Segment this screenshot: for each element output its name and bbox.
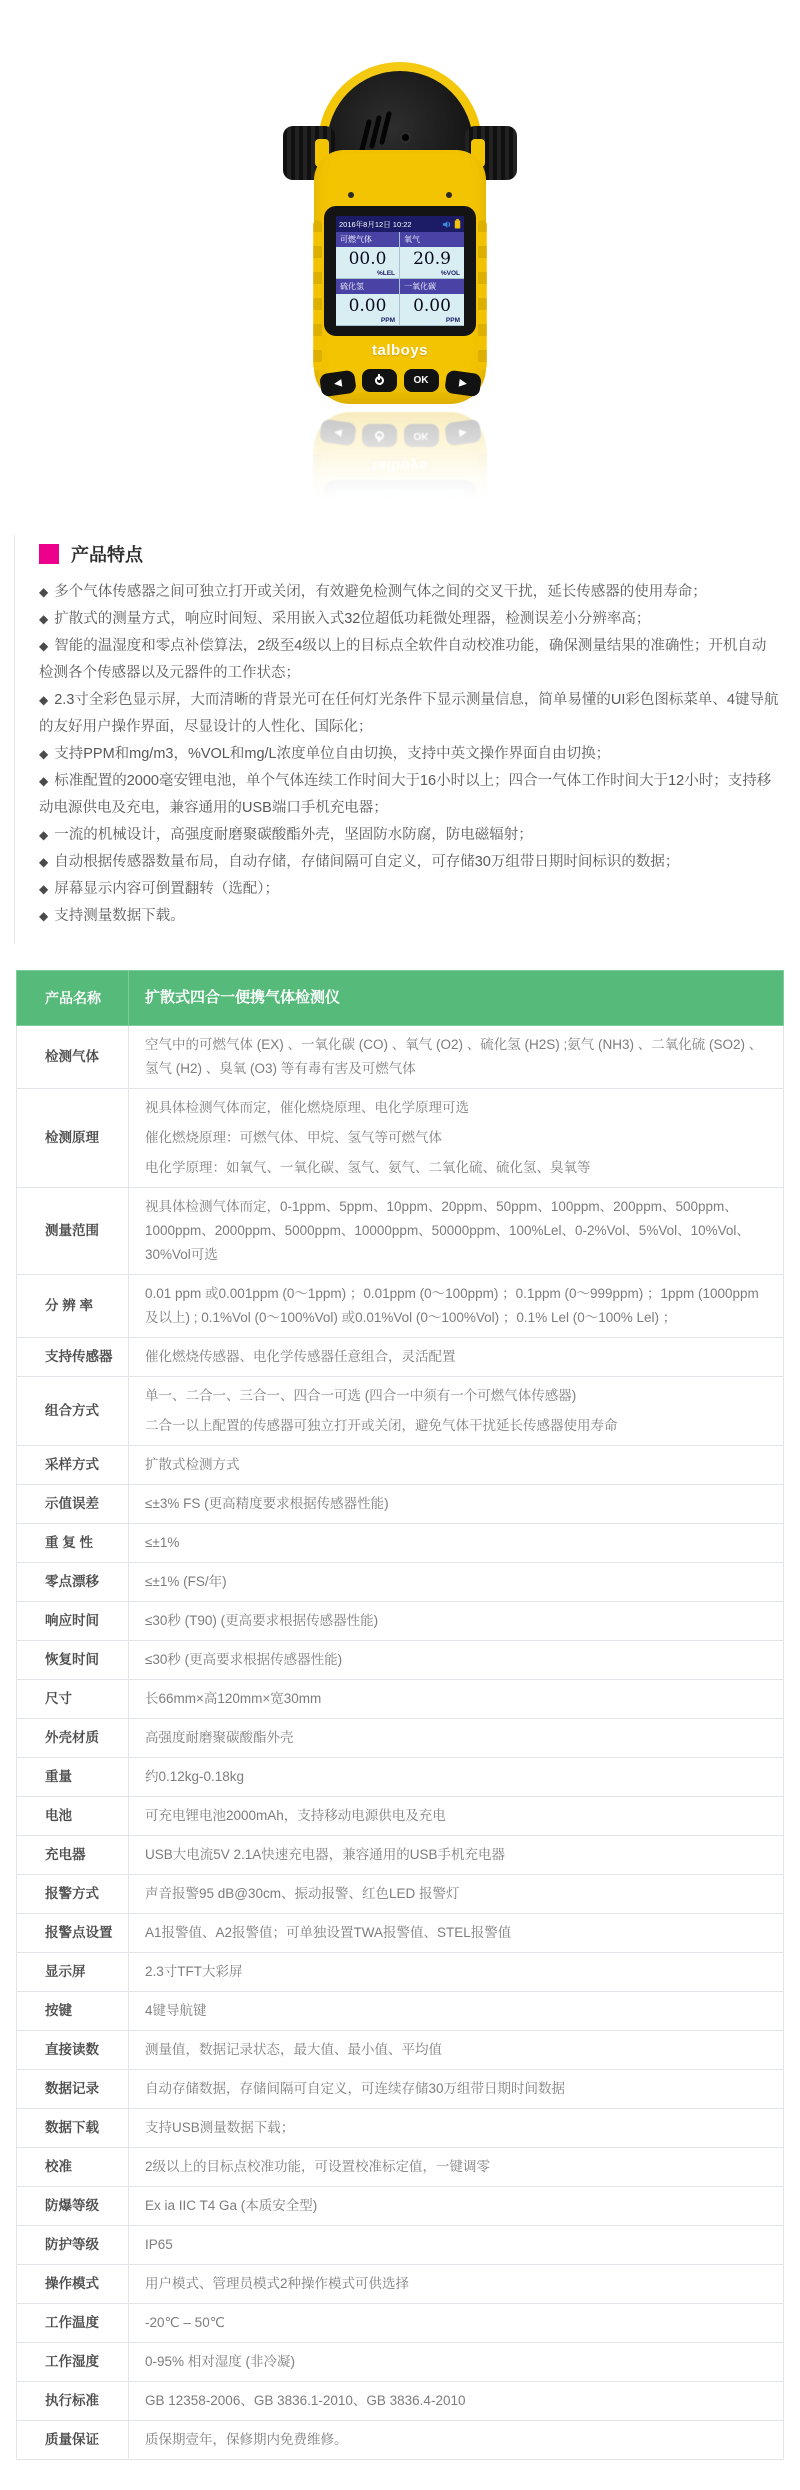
gas-unit: %VOL — [441, 270, 460, 277]
spec-row-label: 零点漂移 — [17, 1563, 129, 1602]
gas-unit: PPM — [446, 317, 460, 324]
feature-item: ◆一流的机械设计，高强度耐磨聚碳酸酯外壳，坚固防水防腐，防电磁辐射； — [39, 822, 780, 849]
gas-reading: 00.0 — [336, 247, 399, 271]
gas-name: 硫化氢 — [336, 279, 399, 294]
spec-row-label: 质量保证 — [17, 2421, 129, 2460]
gas-reading: 0.00 — [400, 294, 464, 318]
diamond-bullet-icon: ◆ — [39, 693, 48, 707]
ok-key: OK — [404, 424, 439, 447]
diamond-bullet-icon: ◆ — [39, 639, 48, 653]
feature-item: ◆支持PPM和mg/m3，%VOL和mg/L浓度单位自由切换，支持中英文操作界面… — [39, 741, 780, 768]
spec-row-value: 视具体检测气体而定，催化燃烧原理、电化学原理可选催化燃烧原理：可燃气体、甲烷、氢… — [129, 1089, 784, 1188]
device-keypad: ◀ OK ▶ — [314, 369, 486, 392]
spec-row-label: 重 复 性 — [17, 1524, 129, 1563]
gas-reading: 0.00 — [336, 294, 399, 318]
spec-table-row: 显示屏 2.3寸TFT大彩屏 — [17, 1953, 784, 1992]
spec-table-row: 数据记录 自动存储数据，存储间隔可自定义，可连续存储30万组带日期时间数据 — [17, 2070, 784, 2109]
spec-row-value: 长66mm×高120mm×宽30mm — [129, 1680, 784, 1719]
spec-table-row: 尺寸 长66mm×高120mm×宽30mm — [17, 1680, 784, 1719]
gas-unit: PPM — [381, 492, 395, 499]
pink-square-bullet — [39, 544, 59, 564]
spec-row-label: 电池 — [17, 1797, 129, 1836]
screen-status-bar: 2016年8月12日 10:22 — [336, 216, 464, 232]
spec-row-label: 响应时间 — [17, 1602, 129, 1641]
power-icon — [375, 376, 384, 385]
diamond-bullet-icon: ◆ — [39, 855, 48, 869]
spec-row-value: 视具体检测气体而定，0-1ppm、5ppm、10ppm、20ppm、50ppm、… — [129, 1188, 784, 1275]
spec-row-value: 2级以上的目标点校准功能，可设置校准标定值，一键调零 — [129, 2148, 784, 2187]
gas-readings-grid: 可燃气体 00.0%LEL 氧气 20.9%VOL 硫化氢 0.00PPM — [336, 490, 464, 505]
sensor-hole — [399, 131, 412, 144]
spec-table-row: 示值误差 ≤±3% FS (更高精度要求根据传感器性能) — [17, 1485, 784, 1524]
diamond-bullet-icon: ◆ — [39, 612, 48, 626]
power-key — [362, 424, 397, 447]
spec-row-value: ≤±3% FS (更高精度要求根据传感器性能) — [129, 1485, 784, 1524]
spec-table-row: 支持传感器 催化燃烧传感器、电化学传感器任意组合，灵活配置 — [17, 1338, 784, 1377]
device-screen: 2016年8月12日 10:22 — [336, 490, 464, 505]
spec-row-value: Ex ia IIC T4 Ga (本质安全型) — [129, 2187, 784, 2226]
spec-row-label: 支持传感器 — [17, 1338, 129, 1377]
spec-table-row: 质量保证 质保期壹年，保修期内免费维修。 — [17, 2421, 784, 2460]
spec-table-row: 工作湿度 0-95% 相对湿度 (非冷凝) — [17, 2343, 784, 2382]
screen-datetime: 2016年8月12日 10:22 — [339, 219, 412, 230]
gas-cell: 一氧化碳 0.00PPM — [400, 490, 464, 505]
spec-row-value: ≤±1% (FS/年) — [129, 1563, 784, 1602]
spec-table-row: 检测原理 视具体检测气体而定，催化燃烧原理、电化学原理可选催化燃烧原理：可燃气体… — [17, 1089, 784, 1188]
device-keypad: ◀ OK ▶ — [314, 424, 486, 447]
spec-row-value: USB大电流5V 2.1A快速充电器，兼容通用的USB手机充电器 — [129, 1836, 784, 1875]
spec-row-label: 数据下载 — [17, 2109, 129, 2148]
feature-item: ◆屏幕显示内容可倒置翻转（选配）； — [39, 876, 780, 903]
device-reflection: 2016年8月12日 10:22 — [285, 409, 515, 505]
speaker-icon — [442, 220, 452, 229]
spec-row-value: A1报警值、A2报警值；可单独设置TWA报警值、STEL报警值 — [129, 1914, 784, 1953]
spec-table-row: 恢复时间 ≤30秒 (更高要求根据传感器性能) — [17, 1641, 784, 1680]
gas-reading: 0.00 — [400, 498, 464, 505]
spec-row-label: 工作温度 — [17, 2304, 129, 2343]
spec-row-label: 校准 — [17, 2148, 129, 2187]
diamond-bullet-icon: ◆ — [39, 828, 48, 842]
spec-table-row: 报警点设置 A1报警值、A2报警值；可单独设置TWA报警值、STEL报警值 — [17, 1914, 784, 1953]
gas-name: 氧气 — [400, 232, 464, 247]
left-arrow-key: ◀ — [318, 419, 356, 447]
spec-table-row: 直接读数 测量值，数据记录状态，最大值、最小值、平均值 — [17, 2031, 784, 2070]
gas-detector-device-image: 2016年8月12日 10:22 — [285, 62, 515, 407]
spec-table-row: 测量范围 视具体检测气体而定，0-1ppm、5ppm、10ppm、20ppm、5… — [17, 1188, 784, 1275]
spec-row-label: 按键 — [17, 1992, 129, 2031]
diamond-bullet-icon: ◆ — [39, 774, 48, 788]
spec-row-value: IP65 — [129, 2226, 784, 2265]
spec-row-label: 分 辨 率 — [17, 1275, 129, 1338]
spec-row-label: 示值误差 — [17, 1485, 129, 1524]
feature-item: ◆扩散式的测量方式，响应时间短、采用嵌入式32位超低功耗微处理器，检测误差小分辨… — [39, 606, 780, 633]
diamond-bullet-icon: ◆ — [39, 747, 48, 761]
gas-reading: 20.9 — [400, 247, 464, 271]
spec-table-row: 工作温度 -20℃ – 50℃ — [17, 2304, 784, 2343]
spec-row-label: 数据记录 — [17, 2070, 129, 2109]
spec-header-value: 扩散式四合一便携气体检测仪 — [129, 971, 784, 1026]
product-features-section: 产品特点 ◆多个气体传感器之间可独立打开或关闭，有效避免检测气体之间的交叉干扰，… — [14, 535, 780, 944]
spec-table-row: 报警方式 声音报警95 dB@30cm、振动报警、红色LED 报警灯 — [17, 1875, 784, 1914]
spec-table-row: 重 复 性 ≤±1% — [17, 1524, 784, 1563]
gas-reading: 0.00 — [336, 498, 399, 505]
feature-item: ◆支持测量数据下载。 — [39, 903, 780, 930]
spec-row-label: 尺寸 — [17, 1680, 129, 1719]
spec-row-label: 操作模式 — [17, 2265, 129, 2304]
spec-row-label: 执行标准 — [17, 2382, 129, 2421]
spec-row-value: 高强度耐磨聚碳酸酯外壳 — [129, 1719, 784, 1758]
power-icon — [375, 431, 384, 440]
gas-cell: 硫化氢 0.00PPM — [336, 490, 400, 505]
gas-cell: 氧气 20.9%VOL — [400, 232, 464, 279]
spec-row-label: 报警点设置 — [17, 1914, 129, 1953]
spec-table-header-row: 产品名称 扩散式四合一便携气体检测仪 — [17, 971, 784, 1026]
spec-row-label: 采样方式 — [17, 1446, 129, 1485]
spec-row-label: 重量 — [17, 1758, 129, 1797]
spec-table-row: 响应时间 ≤30秒 (T90) (更高要求根据传感器性能) — [17, 1602, 784, 1641]
gas-detector-device-image: 2016年8月12日 10:22 — [285, 409, 515, 505]
spec-row-value: -20℃ – 50℃ — [129, 2304, 784, 2343]
spec-row-value: 用户模式、管理员模式2种操作模式可供选择 — [129, 2265, 784, 2304]
gas-readings-grid: 可燃气体 00.0%LEL 氧气 20.9%VOL 硫化氢 0.00PPM — [336, 232, 464, 326]
right-arrow-key: ▶ — [444, 370, 482, 398]
features-section-title: 产品特点 — [71, 541, 143, 567]
device-body: 2016年8月12日 10:22 — [314, 150, 486, 404]
spec-row-value: GB 12358-2006、GB 3836.1-2010、GB 3836.4-2… — [129, 2382, 784, 2421]
spec-row-value: 支持USB测量数据下载； — [129, 2109, 784, 2148]
spec-row-label: 充电器 — [17, 1836, 129, 1875]
right-arrow-key: ▶ — [444, 419, 482, 447]
spec-table-row: 电池 可充电锂电池2000mAh，支持移动电源供电及充电 — [17, 1797, 784, 1836]
device-body: 2016年8月12日 10:22 — [314, 412, 486, 505]
feature-item: ◆智能的温湿度和零点补偿算法，2级至4级以上的目标点全软件自动校准功能，确保测量… — [39, 633, 780, 687]
spec-row-value: 4键导航键 — [129, 1992, 784, 2031]
power-key — [362, 369, 397, 392]
feature-item: ◆2.3寸全彩色显示屏，大而清晰的背景光可在任何灯光条件下显示测量信息，简单易懂… — [39, 687, 780, 741]
spec-row-value: 2.3寸TFT大彩屏 — [129, 1953, 784, 1992]
spec-table-row: 防护等级 IP65 — [17, 2226, 784, 2265]
spec-row-value: 单一、二合一、三合一、四合一可选 (四合一中须有一个可燃气体传感器)二合一以上配… — [129, 1377, 784, 1446]
ok-key: OK — [404, 369, 439, 392]
spec-table-row: 充电器 USB大电流5V 2.1A快速充电器，兼容通用的USB手机充电器 — [17, 1836, 784, 1875]
spec-table-row: 校准 2级以上的目标点校准功能，可设置校准标定值，一键调零 — [17, 2148, 784, 2187]
gas-name: 一氧化碳 — [400, 279, 464, 294]
spec-row-label: 直接读数 — [17, 2031, 129, 2070]
spec-row-label: 恢复时间 — [17, 1641, 129, 1680]
spec-table-row: 分 辨 率 0.01 ppm 或0.001ppm (0～1ppm) ；0.01p… — [17, 1275, 784, 1338]
left-arrow-key: ◀ — [318, 370, 356, 398]
features-list: ◆多个气体传感器之间可独立打开或关闭，有效避免检测气体之间的交叉干扰，延长传感器… — [39, 579, 780, 930]
spec-table-row: 组合方式 单一、二合一、三合一、四合一可选 (四合一中须有一个可燃气体传感器)二… — [17, 1377, 784, 1446]
spec-row-label: 测量范围 — [17, 1188, 129, 1275]
spec-row-value: ≤±1% — [129, 1524, 784, 1563]
spec-table-row: 检测气体 空气中的可燃气体 (EX) 、一氧化碳 (CO) 、氧气 (O2) 、… — [17, 1026, 784, 1089]
feature-item: ◆多个气体传感器之间可独立打开或关闭，有效避免检测气体之间的交叉干扰，延长传感器… — [39, 579, 780, 606]
brand-logo: talboys — [314, 342, 486, 359]
spec-row-label: 报警方式 — [17, 1875, 129, 1914]
spec-table-row: 采样方式 扩散式检测方式 — [17, 1446, 784, 1485]
gas-name: 可燃气体 — [336, 232, 399, 247]
spec-row-value: 空气中的可燃气体 (EX) 、一氧化碳 (CO) 、氧气 (O2) 、硫化氢 (… — [129, 1026, 784, 1089]
spec-table-row: 操作模式 用户模式、管理员模式2种操作模式可供选择 — [17, 2265, 784, 2304]
screen-bezel: 2016年8月12日 10:22 — [324, 480, 476, 505]
spec-row-label: 防护等级 — [17, 2226, 129, 2265]
device-screen: 2016年8月12日 10:22 — [336, 216, 464, 326]
spec-row-value: 0-95% 相对湿度 (非冷凝) — [129, 2343, 784, 2382]
spec-row-value: 声音报警95 dB@30cm、振动报警、红色LED 报警灯 — [129, 1875, 784, 1914]
spec-row-value: 自动存储数据，存储间隔可自定义，可连续存储30万组带日期时间数据 — [129, 2070, 784, 2109]
spec-row-value: ≤30秒 (T90) (更高要求根据传感器性能) — [129, 1602, 784, 1641]
screw-dot — [348, 192, 354, 198]
feature-item: ◆自动根据传感器数量布局，自动存储，存储间隔可自定义，可存储30万组带日期时间标… — [39, 849, 780, 876]
spec-row-value: 扩散式检测方式 — [129, 1446, 784, 1485]
gas-cell: 可燃气体 00.0%LEL — [336, 232, 400, 279]
spec-table: 产品名称 扩散式四合一便携气体检测仪 检测气体 空气中的可燃气体 (EX) 、一… — [16, 970, 784, 2460]
spec-row-label: 组合方式 — [17, 1377, 129, 1446]
feature-item: ◆标准配置的2000毫安锂电池，单个气体连续工作时间大于16小时以上；四合一气体… — [39, 768, 780, 822]
spec-row-value: 质保期壹年，保修期内免费维修。 — [129, 2421, 784, 2460]
spec-table-row: 重量 约0.12kg-0.18kg — [17, 1758, 784, 1797]
diamond-bullet-icon: ◆ — [39, 882, 48, 896]
spec-row-value: 可充电锂电池2000mAh，支持移动电源供电及充电 — [129, 1797, 784, 1836]
screw-dot — [446, 192, 452, 198]
brand-logo: talboys — [314, 457, 486, 474]
spec-table-row: 外壳材质 高强度耐磨聚碳酸酯外壳 — [17, 1719, 784, 1758]
diamond-bullet-icon: ◆ — [39, 909, 48, 923]
gas-unit: PPM — [381, 317, 395, 324]
spec-table-row: 按键 4键导航键 — [17, 1992, 784, 2031]
gas-unit: PPM — [446, 492, 460, 499]
spec-row-label: 显示屏 — [17, 1953, 129, 1992]
spec-row-value: 催化燃烧传感器、电化学传感器任意组合，灵活配置 — [129, 1338, 784, 1377]
spec-row-value: 测量值，数据记录状态，最大值、最小值、平均值 — [129, 2031, 784, 2070]
spec-row-value: ≤30秒 (更高要求根据传感器性能) — [129, 1641, 784, 1680]
product-photo: 2016年8月12日 10:22 — [0, 0, 800, 505]
spec-table-row: 执行标准 GB 12358-2006、GB 3836.1-2010、GB 383… — [17, 2382, 784, 2421]
spec-table-row: 零点漂移 ≤±1% (FS/年) — [17, 1563, 784, 1602]
spec-row-value: 0.01 ppm 或0.001ppm (0～1ppm) ；0.01ppm (0～… — [129, 1275, 784, 1338]
diamond-bullet-icon: ◆ — [39, 585, 48, 599]
gas-cell: 一氧化碳 0.00PPM — [400, 279, 464, 326]
battery-icon — [454, 219, 461, 229]
spec-row-label: 外壳材质 — [17, 1719, 129, 1758]
gas-cell: 硫化氢 0.00PPM — [336, 279, 400, 326]
spec-row-label: 防爆等级 — [17, 2187, 129, 2226]
spec-table-row: 数据下载 支持USB测量数据下载； — [17, 2109, 784, 2148]
gas-unit: %LEL — [377, 270, 395, 277]
screen-bezel: 2016年8月12日 10:22 — [324, 206, 476, 336]
spec-row-label: 检测气体 — [17, 1026, 129, 1089]
spec-header-label: 产品名称 — [17, 971, 129, 1026]
spec-row-value: 约0.12kg-0.18kg — [129, 1758, 784, 1797]
spec-table-row: 防爆等级 Ex ia IIC T4 Ga (本质安全型) — [17, 2187, 784, 2226]
spec-row-label: 检测原理 — [17, 1089, 129, 1188]
spec-row-label: 工作湿度 — [17, 2343, 129, 2382]
